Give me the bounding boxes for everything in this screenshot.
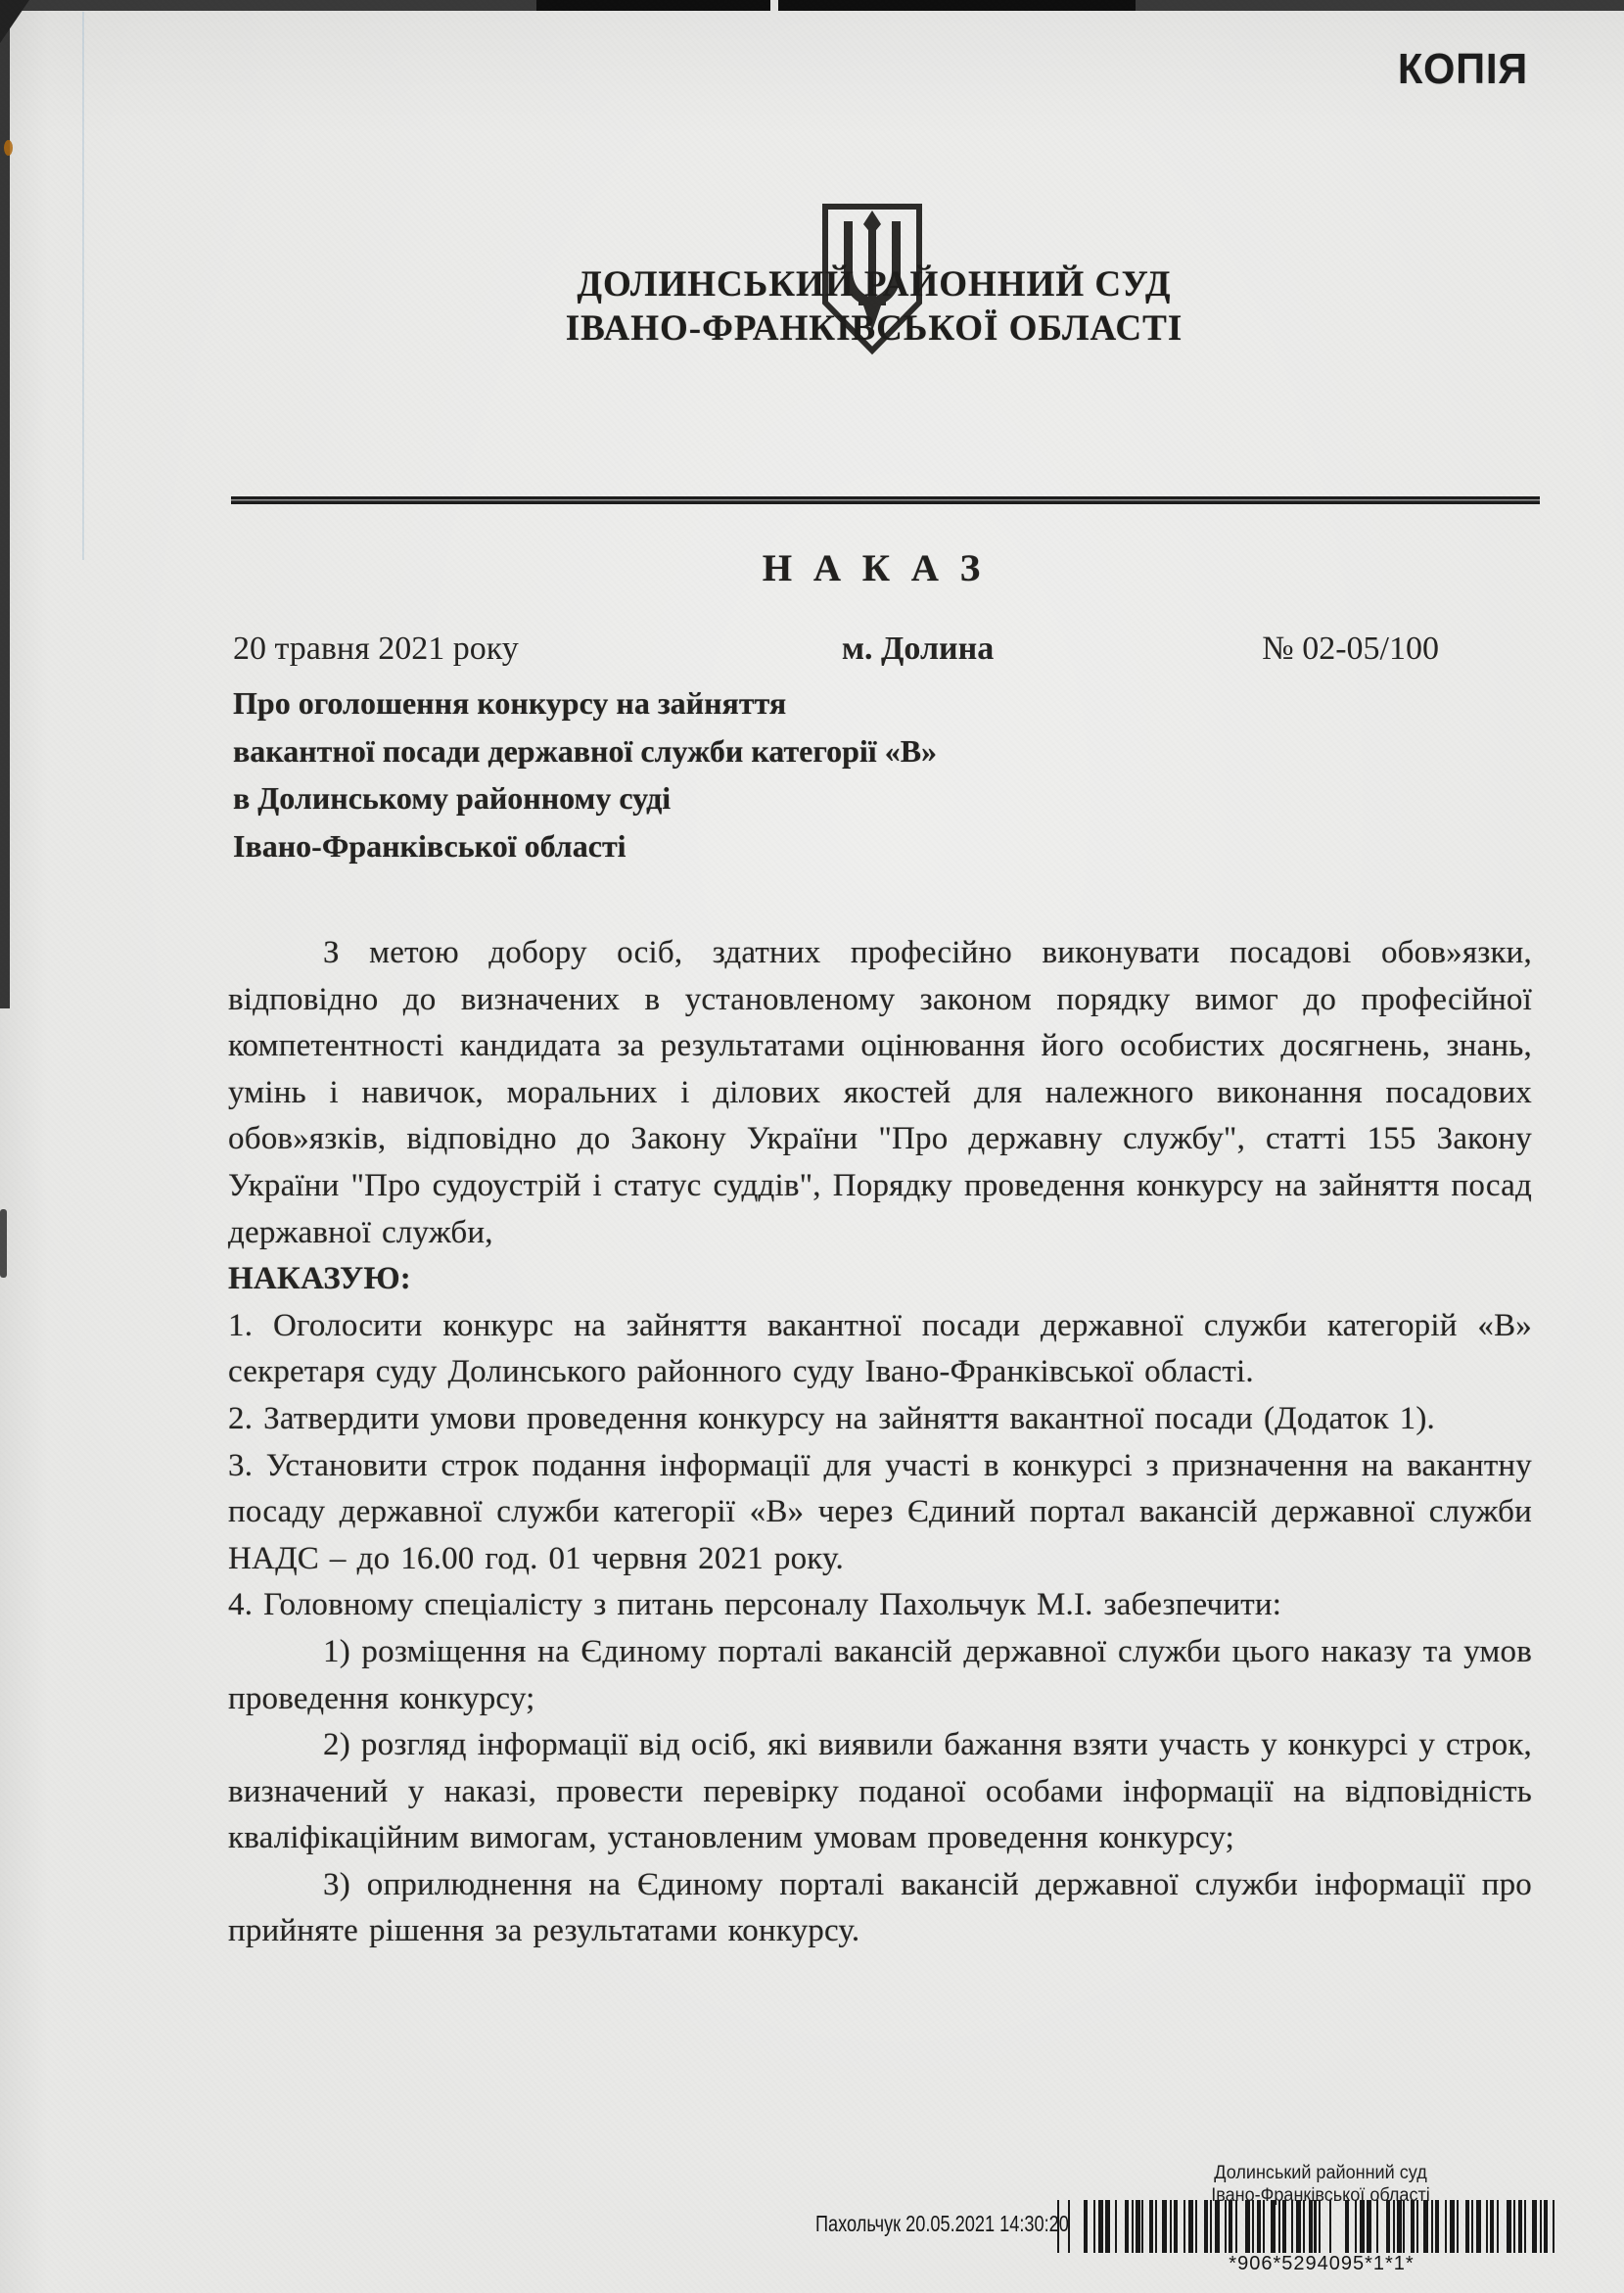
body-intro: З метою добору осіб, здатних професійно … [228, 930, 1532, 1256]
header-rule [231, 496, 1540, 504]
footer-court-line1: Долинський районний суд [1196, 2162, 1446, 2184]
scan-edge-top-dark [536, 0, 1136, 11]
court-name-line2: ІВАНО-ФРАНКІВСЬКОЇ ОБЛАСТІ [235, 306, 1513, 351]
order-date: 20 травня 2021 року [233, 631, 519, 668]
subject-line: Про оголошення конкурсу на зайняття [233, 679, 1261, 727]
order-item-3: 3. Установити строк подання інформації д… [228, 1443, 1532, 1583]
meta-row: 20 травня 2021 року м. Долина № 02-05/10… [233, 631, 1486, 668]
order-place: м. Долина [842, 631, 994, 668]
order-item-1: 1. Оголосити конкурс на зайняття вакантн… [228, 1303, 1532, 1396]
order-heading: НАКАЗУЮ: [228, 1256, 1532, 1303]
court-name-line1: ДОЛИНСЬКИЙ РАЙОННИЙ СУД [235, 262, 1513, 306]
scan-fold-line [82, 12, 84, 560]
order-item-4: 4. Головному спеціалісту з питань персон… [228, 1582, 1532, 1629]
order-subitem-3: 3) оприлюднення на Єдиному порталі вакан… [228, 1862, 1532, 1955]
order-subitem-1: 1) розміщення на Єдиному порталі вакансі… [228, 1629, 1532, 1722]
order-body: З метою добору осіб, здатних професійно … [228, 930, 1532, 1955]
order-subitem-2: 2) розгляд інформації від осіб, які вияв… [228, 1722, 1532, 1862]
order-subject: Про оголошення конкурсу на зайняття вака… [233, 679, 1261, 869]
signature-timestamp: Пахольчук 20.05.2021 14:30:20 [815, 2211, 1069, 2237]
barcode [1057, 2200, 1560, 2253]
scan-speck [4, 140, 13, 156]
scan-edge-left-blob [0, 1209, 7, 1278]
barcode-text: *906*5294095*1*1* [1199, 2253, 1444, 2275]
document-title: Н А К А З [235, 546, 1513, 590]
subject-line: вакантної посади державної служби катего… [233, 727, 1261, 775]
scan-edge-top-gap [770, 0, 778, 11]
order-item-2: 2. Затвердити умови проведення конкурсу … [228, 1396, 1532, 1443]
scanned-order-document: КОПІЯ ДОЛИНСЬКИЙ РАЙОННИЙ СУД ІВАНО-ФРАН… [0, 0, 1624, 2293]
subject-line: в Долинському районному суді [233, 774, 1261, 822]
order-number: № 02-05/100 [1262, 631, 1439, 668]
subject-line: Івано-Франківської області [233, 822, 1261, 870]
scan-corner-blob [0, 0, 29, 43]
copy-stamp: КОПІЯ [1398, 45, 1528, 94]
court-name: ДОЛИНСЬКИЙ РАЙОННИЙ СУД ІВАНО-ФРАНКІВСЬК… [235, 262, 1513, 351]
